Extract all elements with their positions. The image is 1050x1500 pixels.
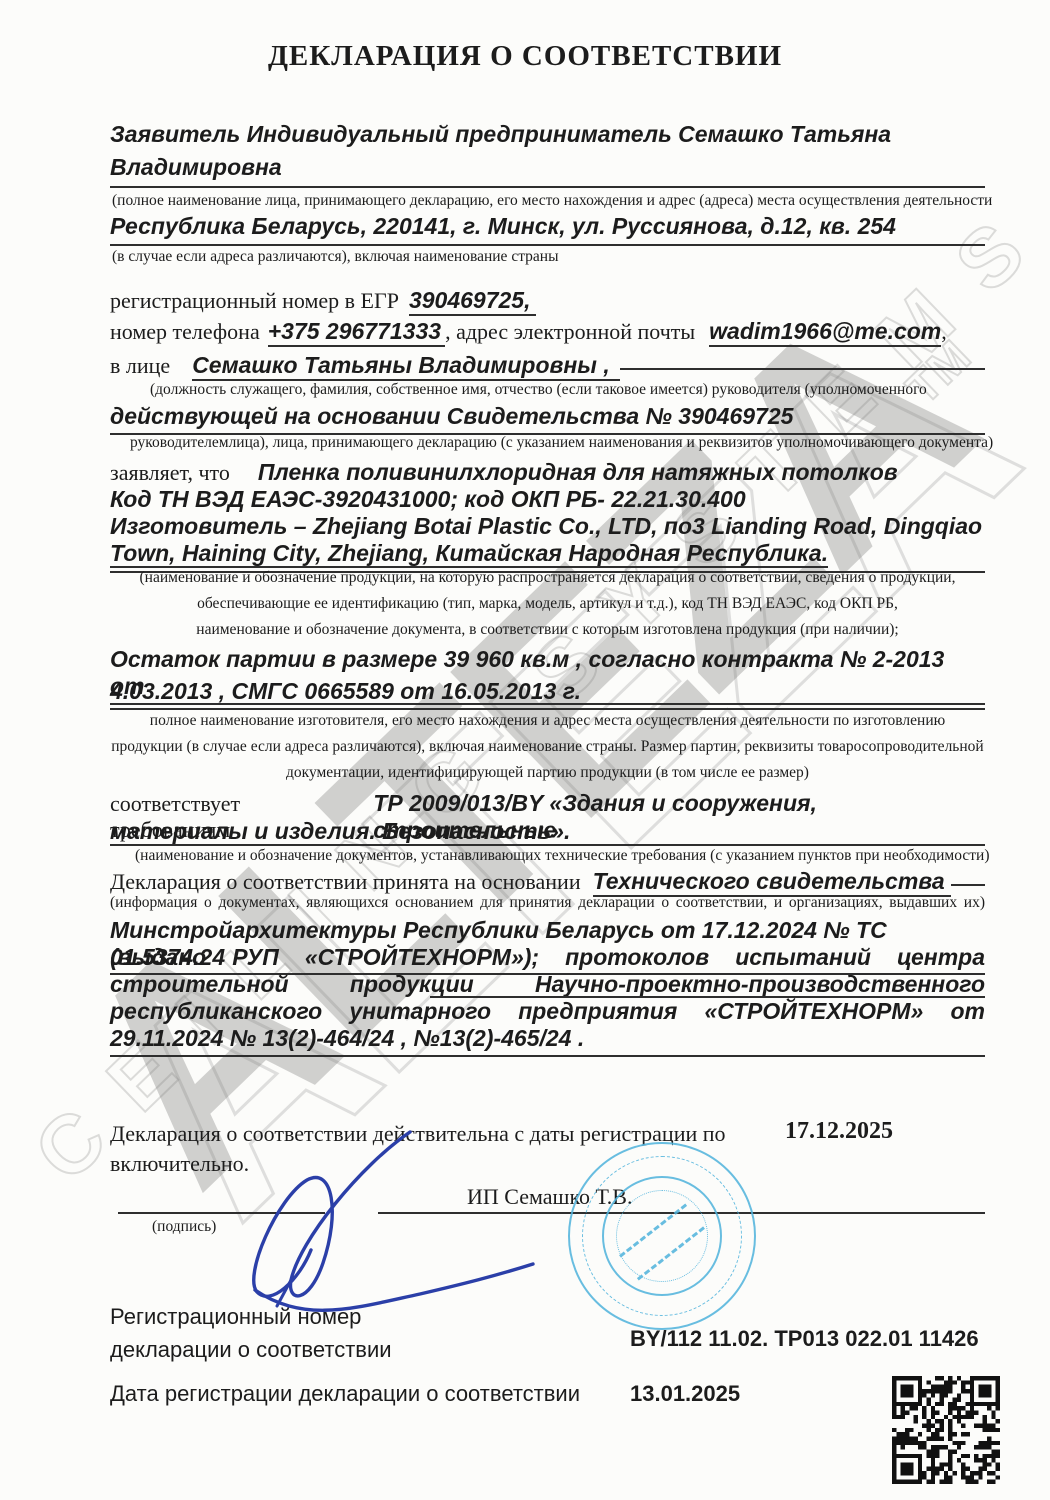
conformity-line-2: материалы и изделия. Безопасность». <box>110 818 985 845</box>
registration-date-value: 13.01.2025 <box>630 1381 740 1407</box>
address-caption: (в случае если адреса различаются), вклю… <box>112 248 559 266</box>
document-title: ДЕКЛАРАЦИЯ О СООТВЕТСТВИИ <box>0 40 1050 73</box>
acceptance-line: Декларация о соответствии принята на осн… <box>110 868 985 897</box>
product-caption-3: наименование и обозначение документа, в … <box>110 621 985 639</box>
batch-caption-3: документации, идентифицирующей партию пр… <box>110 764 985 782</box>
product-caption-2: обеспечивающие ее идентификацию (тип, ма… <box>110 595 985 613</box>
in-person-label: в лице <box>110 353 170 379</box>
ministry-line-4: республиканского унитарного предприятия … <box>110 998 985 1025</box>
applicant-caption: (полное наименование лица, принимающего … <box>112 192 992 210</box>
acceptance-label: Декларация о соответствии принята на осн… <box>110 869 581 895</box>
round-stamp <box>568 1142 756 1330</box>
product-manufacturer: Изготовитель – Zhejiang Botai Plastic Co… <box>110 513 985 540</box>
conformity-caption: (наименование и обозначение документов, … <box>135 847 989 865</box>
batch-caption-1: полное наименование изготовителя, его ме… <box>110 712 985 730</box>
applicant-line: Заявитель Индивидуальный предприниматель… <box>110 118 985 188</box>
in-person-line: в лице Семашко Татьяны Владимировны , <box>110 352 985 381</box>
conformity-value-2: материалы и изделия. Безопасность». <box>110 818 625 846</box>
product-manufacturer-2-text: Town, Haining City, Zhejiang, Китайская … <box>110 540 828 568</box>
product-codes: Код ТН ВЭД ЕАЭС-3920431000; код ОКП РБ- … <box>110 486 985 513</box>
declares-line: заявляет, что Пленка поливинилхлоридная … <box>110 459 985 486</box>
phone-number: +375 296771333 <box>268 318 445 347</box>
egr-line: регистрационный номер в ЕГР 390469725, <box>110 287 985 316</box>
email-tail: , <box>941 319 947 345</box>
email-value: wadim1966@me.com <box>709 318 941 347</box>
acceptance-caption: (информация о документах, являющихся осн… <box>110 894 985 912</box>
ministry-line-3: строительной продукции Научно-проектно-п… <box>110 971 985 998</box>
registration-date-label: Дата регистрации декларации о соответств… <box>110 1381 580 1407</box>
batch-caption-2: продукции (в случае если адреса различаю… <box>110 738 985 756</box>
batch-line-2: 4.03.2013 , СМГС 0665589 от 16.05.2013 г… <box>110 678 985 710</box>
validity-date: 17.12.2025 <box>785 1118 893 1145</box>
acceptance-value: Технического свидетельства <box>593 868 951 897</box>
acting-basis-line: действующей на основании Свидетельства №… <box>110 403 985 435</box>
acting-basis-caption: руководителемлица), лица, принимающего д… <box>130 434 993 452</box>
product-caption-1: (наименование и обозначение продукции, н… <box>110 569 985 587</box>
ministry-line-5: 29.11.2024 № 13(2)-464/24 , №13(2)-465/2… <box>110 1025 985 1057</box>
product-name: Пленка поливинилхлоридная для натяжных п… <box>258 459 898 486</box>
acceptance-ruled-line <box>951 883 985 886</box>
phone-label: номер телефона <box>110 319 260 345</box>
in-person-ruled-line <box>620 367 985 370</box>
egr-number: 390469725, <box>409 287 537 316</box>
in-person-caption: (должность служащего, фамилия, собственн… <box>150 381 927 399</box>
declaration-document: ALTEZA ALTEZA CEILING SYSTEMS TM ДЕКЛАРА… <box>0 0 1050 1500</box>
declares-label: заявляет, что <box>110 460 230 486</box>
qr-code <box>892 1376 1000 1484</box>
phone-email-line: номер телефона +375 296771333 , адрес эл… <box>110 318 985 347</box>
applicant-address: Республика Беларусь, 220141, г. Минск, у… <box>110 213 985 246</box>
registration-number-label-2: декларации о соответствии <box>110 1333 392 1366</box>
in-person-name: Семашко Татьяны Владимировны , <box>192 352 620 381</box>
handwritten-signature <box>195 1128 555 1313</box>
egr-label: регистрационный номер в ЕГР <box>110 288 399 314</box>
email-label: , адрес электронной почты <box>445 319 695 345</box>
